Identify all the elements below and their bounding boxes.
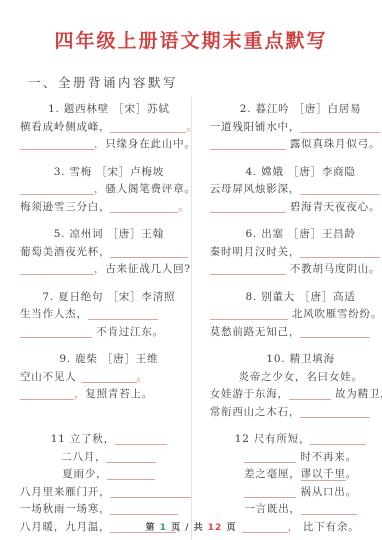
poem-line: 炎帝之少女，名曰女娃。 <box>210 369 382 387</box>
line-text: 莫愁前路无知己， <box>210 326 300 338</box>
fill-in-blank <box>210 263 286 275</box>
line-text: 11 立了秋， <box>51 433 115 445</box>
line-text: 一言既出， <box>244 503 301 515</box>
poem-block: 10. 精卫填海炎帝之少女，名曰女娃。女娃游于东海， 故为精卫，常衔西山之木石， <box>204 351 382 421</box>
poem-block: 2. 暮江吟 ［唐］白居易一道残阳铺水中， 露似真珠月似弓。 <box>204 101 382 154</box>
poem-line: 生当作人杰， <box>20 306 198 324</box>
line-text: 北风吹雁雪纷纷。 <box>288 308 382 320</box>
poem-line: 不肯过江东。 <box>20 324 198 342</box>
line-text: 梅须逊雪三分白， <box>20 201 110 213</box>
line-text: 生当作人杰， <box>20 308 88 320</box>
line-text: 夏雨少， <box>62 468 107 480</box>
line-text: 复照青苔上。 <box>85 388 153 400</box>
fill-in-blank <box>106 451 156 463</box>
fill-in-blank <box>110 201 178 213</box>
poem-title: 8. 别董大 ［唐］高适 <box>210 289 382 307</box>
fill-in-blank <box>20 138 94 150</box>
punctuation-mark: ， <box>94 183 105 195</box>
poem-title: 7. 夏日绝句 ［宋］李清照 <box>20 289 198 307</box>
poem-line: 空山不见人 。 <box>20 369 198 387</box>
line-text: 只缘身在此山中。 <box>105 138 195 150</box>
poem-line: ，古来征战几人回? <box>20 261 198 279</box>
fill-in-blank <box>301 503 357 515</box>
poem-block: 1. 题西林壁 ［宋］苏轼横看成岭侧成峰，。，只缘身在此山中。 <box>14 101 204 154</box>
poem-line: ，只缘身在此山中。 <box>20 136 198 154</box>
line-text: 时不再来。 <box>296 451 357 463</box>
poem-block: 4. 嫦娥 ［唐］李商隐云母屏风烛影深， 碧海青天夜夜心。 <box>204 164 382 217</box>
line-text: 不肯过江东。 <box>92 326 164 338</box>
poem-title: 10. 精卫填海 <box>210 351 382 369</box>
fill-in-blank <box>20 263 94 275</box>
poem-line: 秦时明月汉时关， <box>210 244 382 262</box>
line-text: 不教胡马度阴山。 <box>286 263 381 275</box>
fill-in-blank <box>20 326 92 338</box>
poem-line: 云母屏风烛影深， <box>210 181 382 199</box>
poem-line: 横看成岭侧成峰，。 <box>20 119 198 137</box>
fill-in-blank <box>81 371 137 383</box>
poem-title: 3. 雪梅 ［宋］卢梅坡 <box>20 164 198 182</box>
poem-title: 6. 出塞 ［唐］王昌龄 <box>210 226 382 244</box>
column-divider <box>191 97 192 540</box>
line-text: 女娃游于东海， <box>210 388 289 400</box>
fill-in-blank <box>300 121 380 133</box>
fill-in-blank <box>300 326 370 338</box>
footer-suffix: 页 <box>222 523 236 533</box>
poem-line: 一道残阳铺水中， <box>210 119 382 137</box>
line-text: 碧海青天夜夜心。 <box>286 201 381 213</box>
poem-line: 北风吹雁雪纷纷。 <box>210 306 382 324</box>
line-text: 差之毫厘， <box>244 468 301 480</box>
line-text: 露似真珠月似弓。 <box>286 138 381 150</box>
line-text: 祸从口出。 <box>296 486 357 498</box>
punctuation-mark: 。 <box>137 371 148 383</box>
fill-in-blank <box>110 121 186 133</box>
underlined-answer: 谬以千里 <box>301 468 346 481</box>
line-text: 空山不见人 <box>20 371 81 383</box>
line-text: 古来征战几人回? <box>105 263 191 275</box>
poem-line: 一言既出， <box>210 501 382 519</box>
poem-line: 不教胡马度阴山。 <box>210 261 382 279</box>
poem-line: 祸从口出。 <box>210 484 382 502</box>
total-pages-number: 12 <box>208 523 223 533</box>
fill-in-blank <box>300 246 380 258</box>
poem-line: 葡萄美酒夜光杯， <box>20 244 198 262</box>
poem-line: 11 立了秋， <box>20 431 198 449</box>
current-page-number: 1 <box>160 523 167 533</box>
line-text: 炎帝之少女，名曰女娃。 <box>238 371 362 383</box>
line-text: 云母屏风烛影深， <box>210 183 300 195</box>
section-heading: 一、全册背诵内容默写 <box>28 73 382 91</box>
poem-line: 一场秋雨一场寒， <box>20 501 198 519</box>
poem-line: ，复照青苔上。 <box>20 386 198 404</box>
punctuation-mark: 。 <box>178 201 189 213</box>
poem-line: 碧海青天夜夜心。 <box>210 199 382 217</box>
line-text: 二八月， <box>61 451 106 463</box>
fill-in-blank <box>20 388 74 400</box>
poem-line: 二八月， <box>20 449 198 467</box>
fill-in-blank <box>289 388 331 400</box>
poem-title: 4. 嫦娥 ［唐］李商隐 <box>210 164 382 182</box>
line-text: 。 <box>346 468 357 480</box>
fill-in-blank <box>210 201 286 213</box>
line-text: 秦时明月汉时关， <box>210 246 300 258</box>
poem-line: 八月里来雁门开， <box>20 484 198 502</box>
fill-in-blank <box>210 308 288 320</box>
poem-line: 差之毫厘，谬以千里。 <box>210 466 382 484</box>
fill-in-blank <box>310 433 366 445</box>
punctuation-mark: ， <box>94 138 105 150</box>
fill-in-blank <box>244 486 296 498</box>
poem-line: 12 尺有所短， <box>210 431 382 449</box>
page-title: 四年级上册语文期末重点默写 <box>0 26 382 53</box>
punctuation-mark: ， <box>94 263 105 275</box>
fill-in-blank <box>110 246 188 258</box>
fill-in-blank <box>107 468 155 480</box>
fill-in-blank <box>210 138 286 150</box>
line-text: 12 尺有所短， <box>235 433 311 445</box>
poem-block: 6. 出塞 ［唐］王昌龄秦时明月汉时关， 不教胡马度阴山。 <box>204 226 382 279</box>
fill-in-blank <box>20 183 94 195</box>
fill-in-blank <box>110 503 178 515</box>
poem-title: 1. 题西林壁 ［宋］苏轼 <box>20 101 198 119</box>
punctuation-mark: ， <box>74 388 85 400</box>
line-text: 八月里来雁门开， <box>20 486 110 498</box>
line-text: 葡萄美酒夜光杯， <box>20 246 110 258</box>
fill-in-blank <box>244 451 296 463</box>
line-text: 骚人阁笔费评章。 <box>105 183 195 195</box>
poem-line: 莫愁前路无知己， <box>210 324 382 342</box>
poem-title: 9. 鹿柴 ［唐］王维 <box>20 351 198 369</box>
poem-title: 2. 暮江吟 ［唐］白居易 <box>210 101 382 119</box>
poem-block: 9. 鹿柴 ［唐］王维空山不见人 。，复照青苔上。 <box>14 351 204 421</box>
fill-in-blank <box>300 406 370 418</box>
poem-line: 时不再来。 <box>210 449 382 467</box>
poem-title: 5. 凉州词 ［唐］王翰 <box>20 226 198 244</box>
poem-block: 5. 凉州词 ［唐］王翰葡萄美酒夜光杯，，古来征战几人回? <box>14 226 204 279</box>
poem-line: 梅须逊雪三分白，。 <box>20 199 198 217</box>
line-text: 常衔西山之木石， <box>210 406 300 418</box>
poem-line: 露似真珠月似弓。 <box>210 136 382 154</box>
page-footer: 第 1 页 / 共 12 页 <box>0 520 382 533</box>
punctuation-mark: 。 <box>186 121 197 133</box>
fill-in-blank <box>300 183 380 195</box>
line-text: 一场秋雨一场寒， <box>20 503 110 515</box>
poems-grid: 1. 题西林壁 ［宋］苏轼横看成岭侧成峰，。，只缘身在此山中。2. 暮江吟 ［唐… <box>0 101 382 536</box>
line-text: 故为精卫， <box>331 388 382 400</box>
poem-line: ，骚人阁笔费评章。 <box>20 181 198 199</box>
poem-line: 夏雨少， <box>20 466 198 484</box>
poem-line: 女娃游于东海， 故为精卫， <box>210 386 382 404</box>
poem-line: 常衔西山之木石， <box>210 404 382 422</box>
poem-block: 8. 别董大 ［唐］高适 北风吹雁雪纷纷。莫愁前路无知己， <box>204 289 382 342</box>
line-text: 横看成岭侧成峰， <box>20 121 110 133</box>
poem-block: 7. 夏日绝句 ［宋］李清照生当作人杰， 不肯过江东。 <box>14 289 204 342</box>
fill-in-blank <box>110 486 192 498</box>
fill-in-blank <box>88 308 158 320</box>
line-text: 一道残阳铺水中， <box>210 121 300 133</box>
poem-block: 3. 雪梅 ［宋］卢梅坡，骚人阁笔费评章。梅须逊雪三分白，。 <box>14 164 204 217</box>
footer-middle: 页 / 共 <box>167 523 208 533</box>
worksheet-page: 四年级上册语文期末重点默写 一、全册背诵内容默写 1. 题西林壁 ［宋］苏轼横看… <box>0 0 382 540</box>
fill-in-blank <box>115 433 167 445</box>
footer-prefix: 第 <box>146 523 160 533</box>
